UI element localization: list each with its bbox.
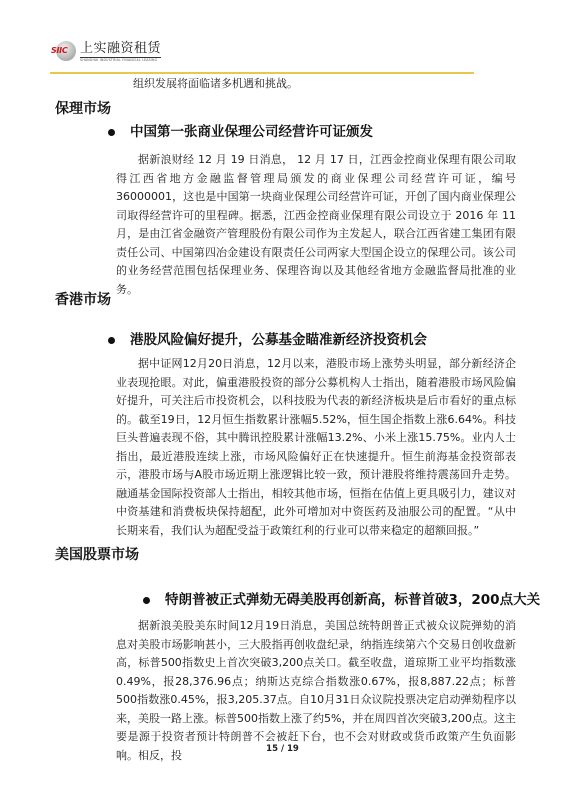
company-header: SIIC 上实融资租赁 SHANGHAI INDUSTRIAL FINANCIA…	[51, 40, 161, 64]
logo-text: 上实融资租赁 SHANGHAI INDUSTRIAL FINANCIAL LEA…	[80, 42, 161, 63]
article-heading-text: 港股风险偏好提升，公募基金瞄准新经济投资机会	[130, 330, 427, 350]
continuation-paragraph: 组织发展将面临诸多机遇和挑战。	[133, 75, 298, 93]
article-body: 据中证网12月20日消息，12月以来，港股市场上涨势头明显，部分新经济企业表现抢…	[116, 355, 516, 540]
section-title-us-stocks: 美国股票市场	[55, 545, 139, 565]
header-divider	[50, 72, 474, 74]
article-body: 据新浪财经 12 月 19 日消息， 12 月 17 日，江西金控商业保理有限公…	[116, 151, 516, 299]
section-title-hong-kong: 香港市场	[55, 290, 111, 310]
siic-logo-icon: SIIC	[51, 40, 77, 64]
article-heading: 特朗普被正式弹劾无碍美股再创新高，标普首破3，200点大关	[143, 590, 540, 610]
article-body: 据新浪美股美东时间12月19日消息，美国总统特朗普正式被众议院弹劾的消息对美股市…	[116, 617, 516, 765]
page-number: 15 / 19	[0, 744, 565, 754]
bullet-icon	[108, 337, 115, 344]
company-name-cn: 上实融资租赁	[80, 42, 161, 58]
bullet-icon	[108, 129, 115, 136]
company-name-en: SHANGHAI INDUSTRIAL FINANCIAL LEASING	[80, 58, 161, 63]
section-title-factoring: 保理市场	[55, 99, 111, 119]
article-heading-text: 中国第一张商业保理公司经营许可证颁发	[130, 122, 373, 142]
article-heading: 港股风险偏好提升，公募基金瞄准新经济投资机会	[108, 330, 427, 350]
bullet-icon	[143, 597, 150, 604]
logo-mark-text: SIIC	[51, 47, 67, 55]
article-heading: 中国第一张商业保理公司经营许可证颁发	[108, 122, 373, 142]
article-heading-text: 特朗普被正式弹劾无碍美股再创新高，标普首破3，200点大关	[165, 590, 540, 610]
document-page: SIIC 上实融资租赁 SHANGHAI INDUSTRIAL FINANCIA…	[0, 0, 565, 800]
